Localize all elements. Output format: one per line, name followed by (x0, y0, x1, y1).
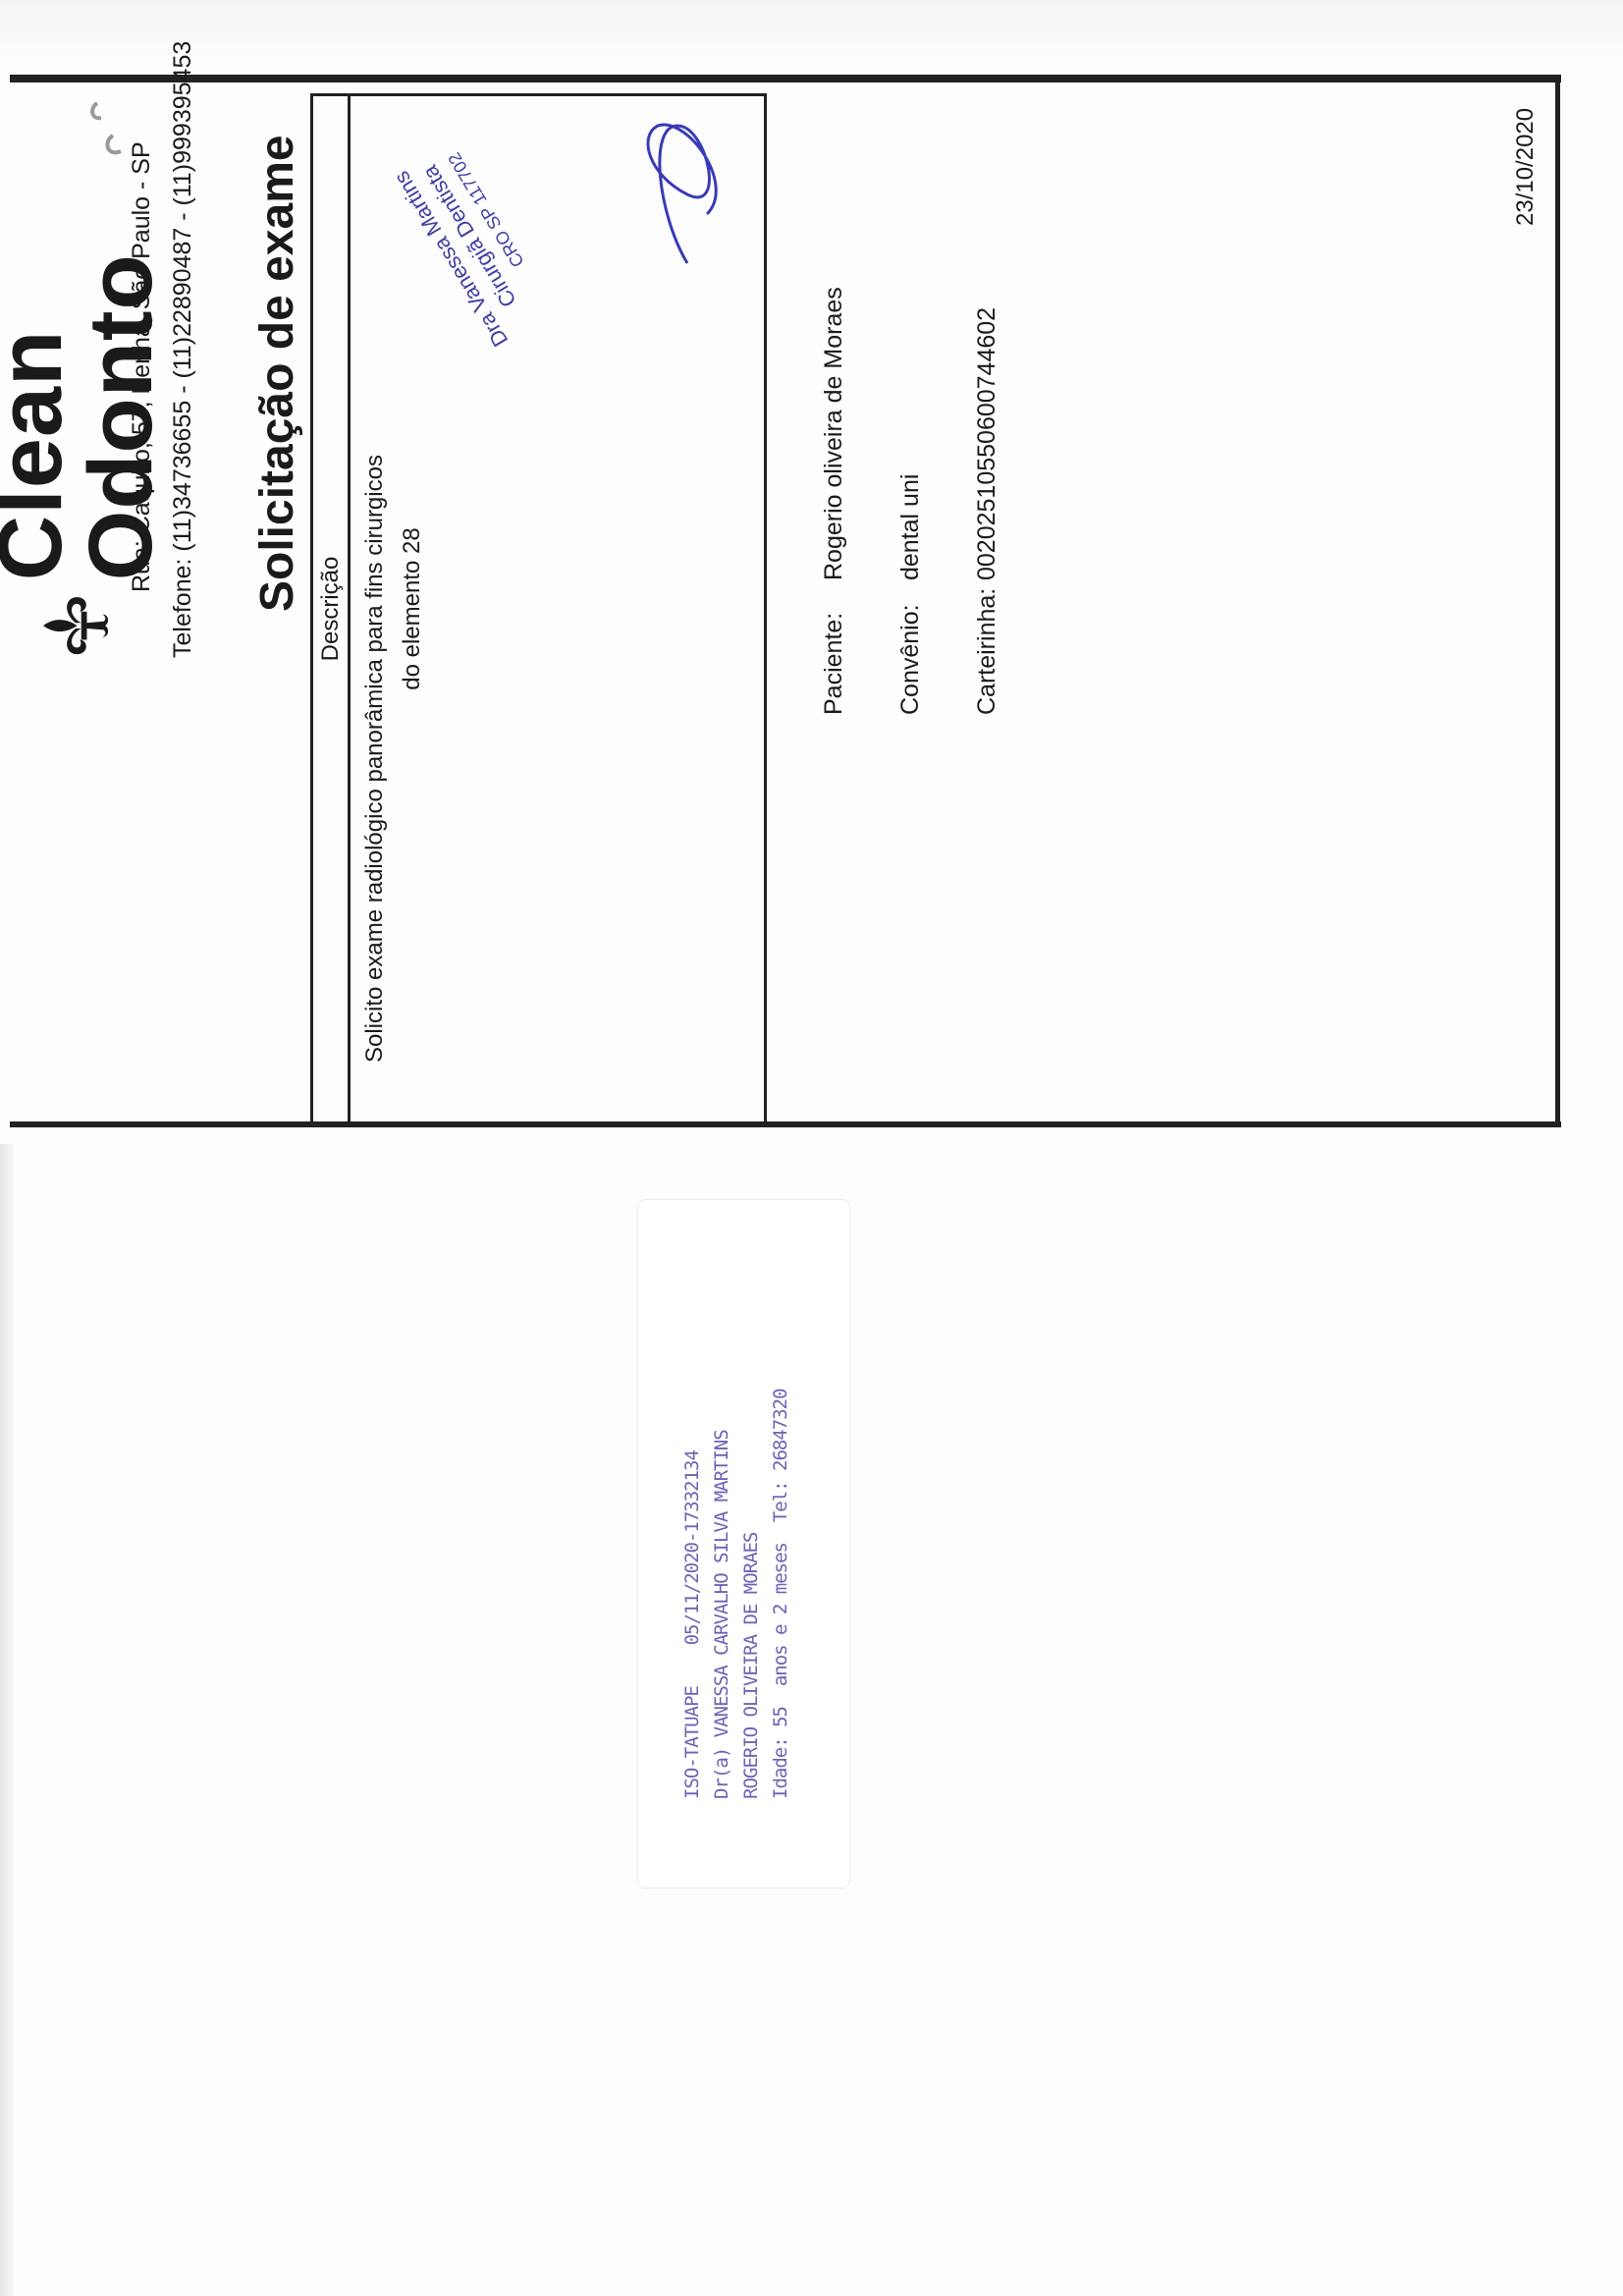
document-date: 23/10/2020 (1512, 108, 1540, 226)
field-value: Rogerio oliveira de Moraes (820, 287, 848, 592)
description-header: Descrição (313, 96, 351, 1121)
frame-bottom-border (10, 1121, 1561, 1127)
lab-sticker-label: ISO-TATUAPE 05/11/2020-17332134 Dr(a) VA… (638, 1200, 849, 1887)
sticker-line: Dr(a) VANESSA CARVALHO SILVA MARTINS (707, 1389, 736, 1799)
clinic-logo: Clean Odonto (31, 77, 120, 661)
description-line: Solicito exame radiológico panorâmica pa… (356, 96, 394, 1121)
field-card-number: Carteirinha: 002025105506007446​02 (973, 287, 1050, 715)
sticker-line: ROGERIO OLIVEIRA DE MORAES (736, 1389, 766, 1799)
document-title: Solicitação de exame (250, 135, 304, 612)
frame-right-border (1555, 75, 1560, 1127)
sticker-text: ISO-TATUAPE 05/11/2020-17332134 Dr(a) VA… (677, 1389, 795, 1799)
clinic-phones: Telefone: (11)34736655 - (11)22890487 - … (169, 41, 197, 658)
sticker-content: ISO-TATUAPE 05/11/2020-17332134 Dr(a) VA… (638, 1200, 849, 1887)
field-label: Paciente: (820, 592, 848, 715)
field-label: Convênio: (896, 592, 925, 715)
description-body: Solicito exame radiológico panorâmica pa… (356, 96, 431, 1121)
scan-top-edge (0, 0, 1623, 59)
sticker-line: Idade: 55 anos e 2 meses Tel: 26847320 (766, 1389, 795, 1799)
sticker-line: ISO-TATUAPE 05/11/2020-17332134 (677, 1389, 707, 1799)
exam-request-document: Clean Odonto Rua: Caquito, 57, Penha, Sã… (10, 77, 1561, 1127)
clinic-address: Rua: Caquito, 57, Penha, São Paulo - SP (128, 141, 156, 592)
frame-top-border (10, 75, 1561, 82)
scan-page-shadow (0, 1144, 14, 2296)
field-insurance: Convênio: dental uni (896, 287, 973, 715)
field-value: 002025105506007446​02 (973, 307, 1001, 592)
field-value: dental uni (896, 474, 925, 592)
fleur-de-lis-icon (34, 590, 117, 661)
patient-info: Paciente: Rogerio oliveira de Moraes Con… (820, 287, 1050, 715)
field-label: Carteirinha: (973, 592, 1001, 715)
description-line: do elemento 28 (394, 96, 431, 1121)
signature-mark (619, 106, 746, 273)
field-patient: Paciente: Rogerio oliveira de Moraes (820, 287, 896, 715)
